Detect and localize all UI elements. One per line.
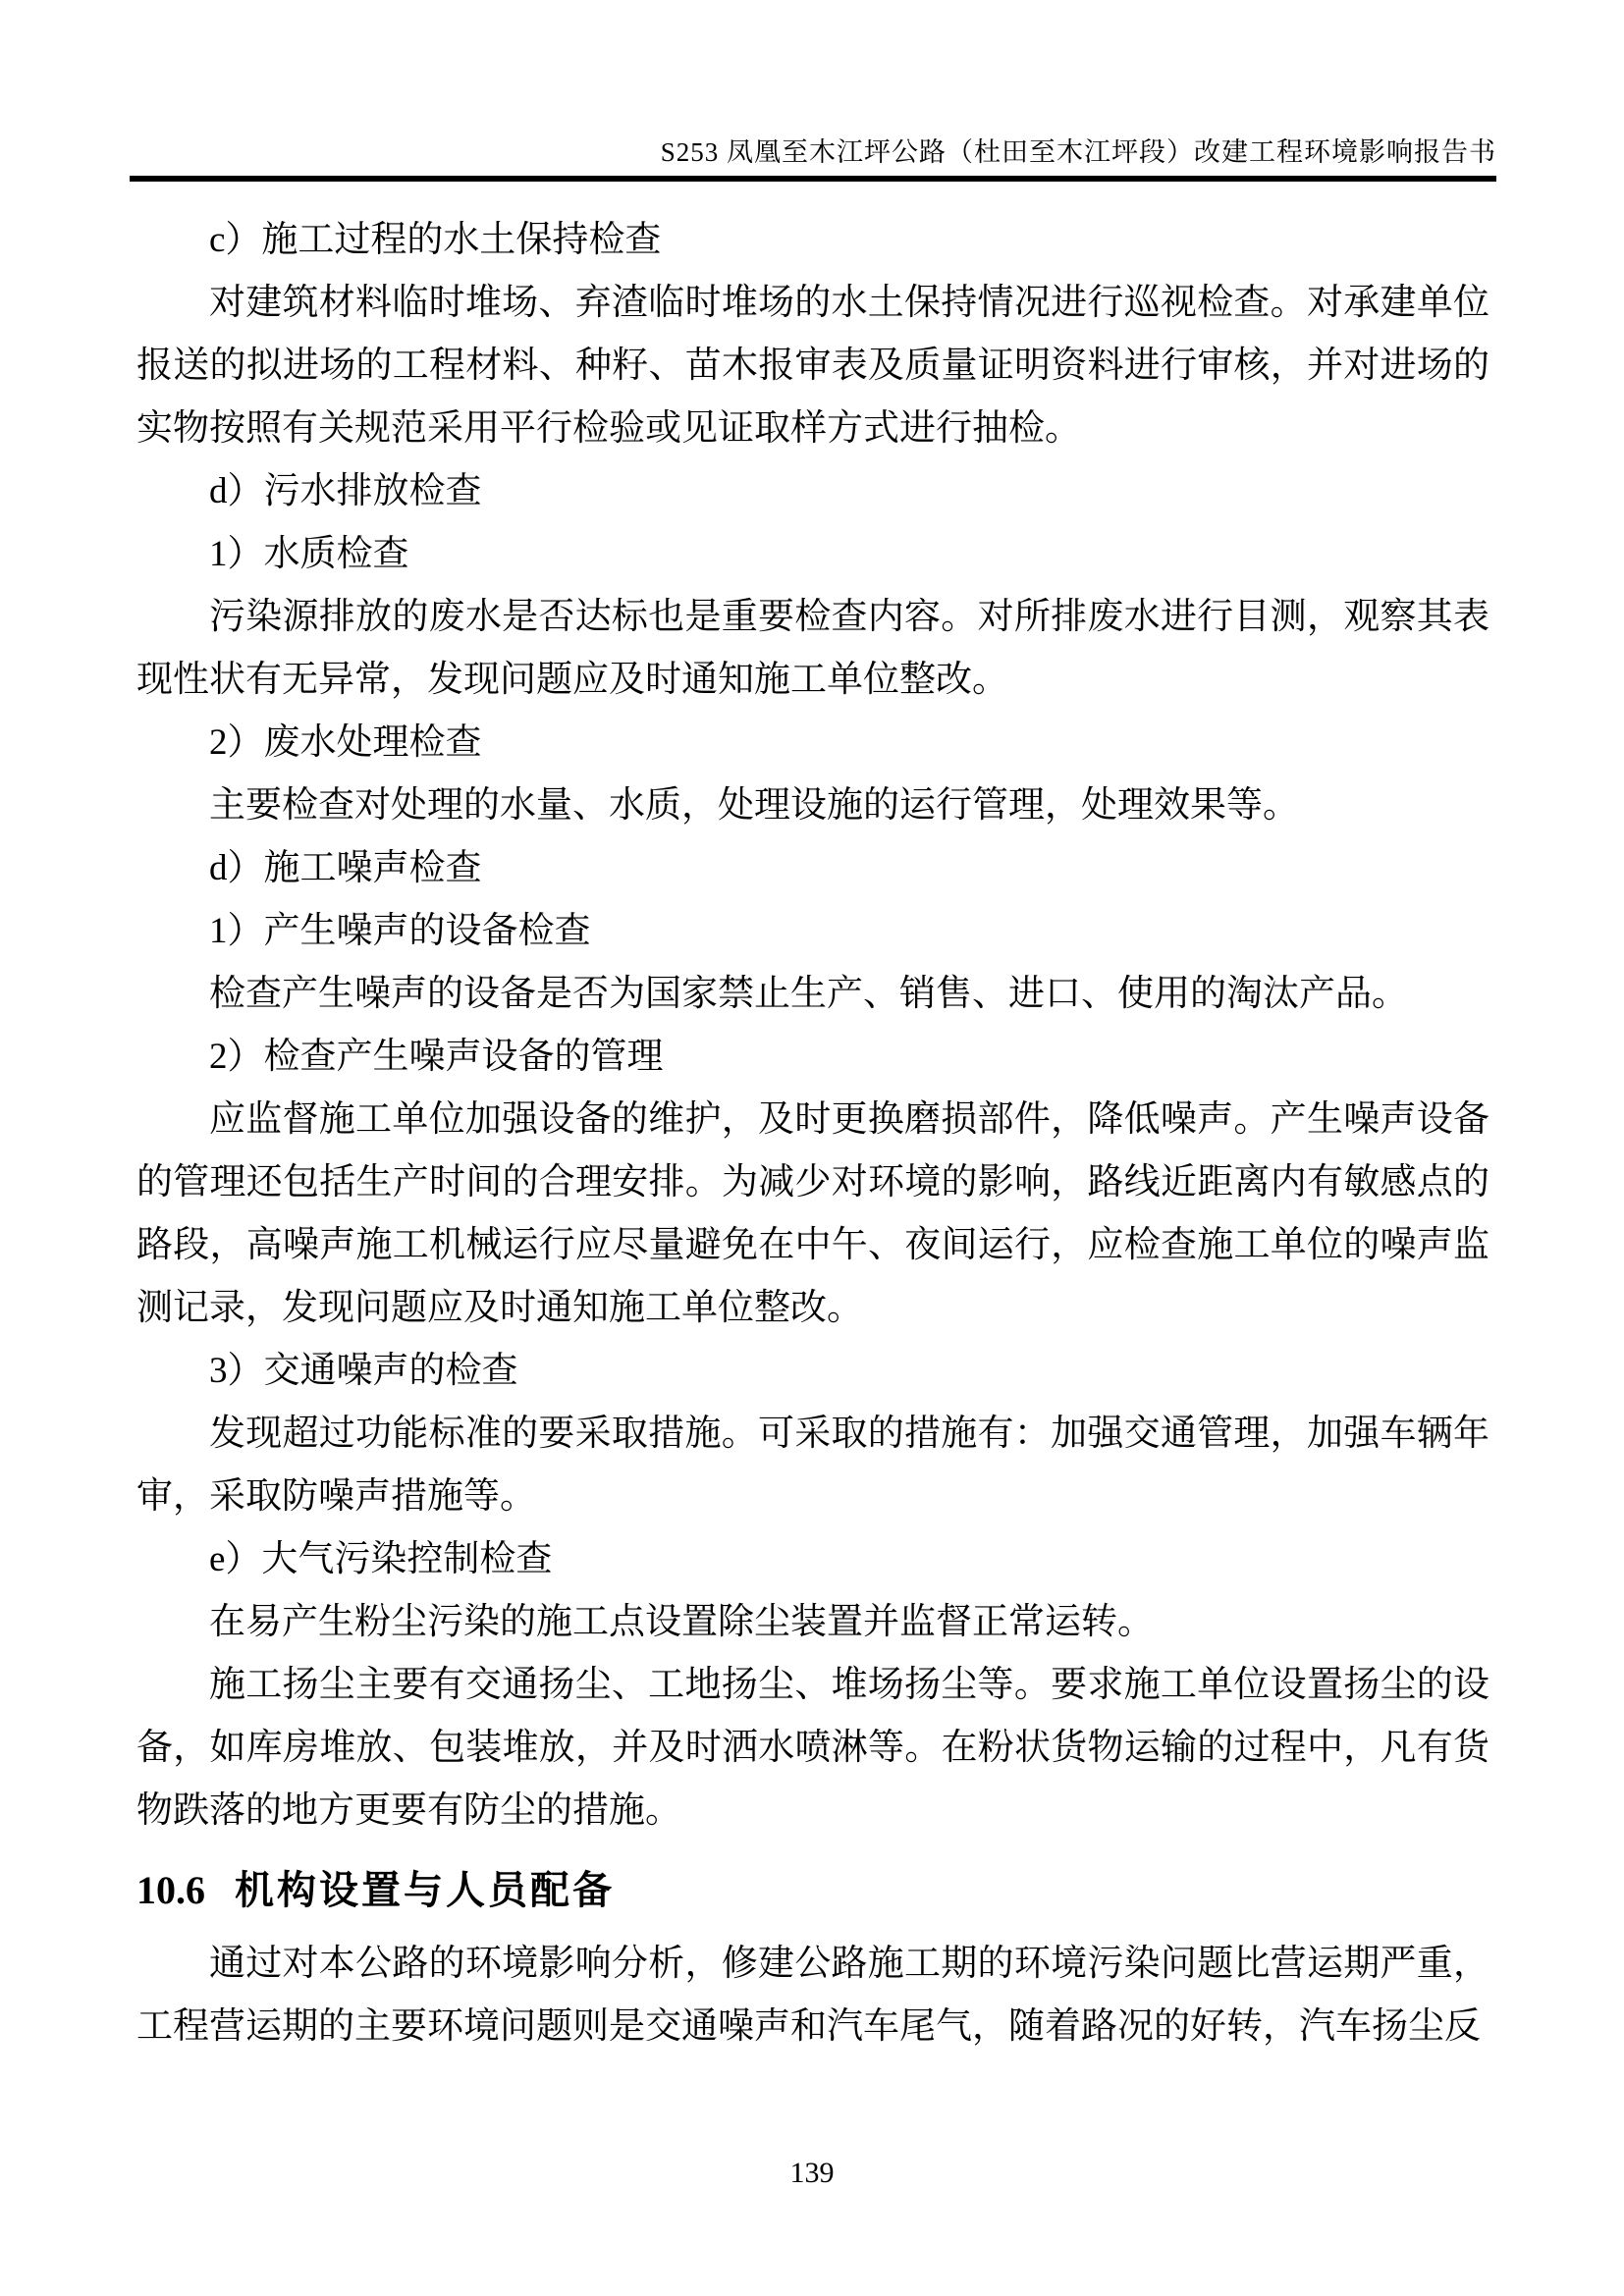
sub-heading: 2）检查产生噪声设备的管理	[136, 1026, 1489, 1089]
paragraph: 对建筑材料临时堆场、弃渣临时堆场的水土保持情况进行巡视检查。对承建单位报送的拟进…	[136, 272, 1489, 460]
sub-heading: c）施工过程的水土保持检查	[136, 209, 1489, 272]
sub-heading: e）大气污染控制检查	[136, 1528, 1489, 1591]
paragraph: 污染源排放的废水是否达标也是重要检查内容。对所排废水进行目测，观察其表现性状有无…	[136, 586, 1489, 712]
section-title: 机构设置与人员配备	[235, 1869, 615, 1912]
paragraph: 发现超过功能标准的要采取措施。可采取的措施有：加强交通管理，加强车辆年审，采取防…	[136, 1403, 1489, 1528]
document-page: S253 凤凰至木江坪公路（杜田至木江坪段）改建工程环境影响报告书 c）施工过程…	[0, 0, 1624, 2296]
sub-heading: 2）废水处理检查	[136, 712, 1489, 774]
page-number: 139	[790, 2157, 835, 2189]
header-title: S253 凤凰至木江坪公路（杜田至木江坪段）改建工程环境影响报告书	[130, 137, 1496, 167]
paragraph: 检查产生噪声的设备是否为国家禁止生产、销售、进口、使用的淘汰产品。	[136, 963, 1489, 1026]
sub-heading: d）施工噪声检查	[136, 837, 1489, 900]
section-number: 10.6	[136, 1868, 205, 1912]
section-heading: 10.6 机构设置与人员配备	[136, 1856, 1489, 1925]
paragraph: 应监督施工单位加强设备的维护，及时更换磨损部件，降低噪声。产生噪声设备的管理还包…	[136, 1089, 1489, 1340]
sub-heading: 1）产生噪声的设备检查	[136, 900, 1489, 963]
sub-heading: 3）交通噪声的检查	[136, 1340, 1489, 1403]
document-body: c）施工过程的水土保持检查 对建筑材料临时堆场、弃渣临时堆场的水土保持情况进行巡…	[136, 209, 1489, 2058]
paragraph: 施工扬尘主要有交通扬尘、工地扬尘、堆场扬尘等。要求施工单位设置扬尘的设备，如库房…	[136, 1654, 1489, 1842]
paragraph: 在易产生粉尘污染的施工点设置除尘装置并监督正常运转。	[136, 1591, 1489, 1654]
sub-heading: d）污水排放检查	[136, 460, 1489, 523]
page-footer: 139	[0, 2156, 1624, 2191]
paragraph: 主要检查对处理的水量、水质，处理设施的运行管理，处理效果等。	[136, 774, 1489, 837]
header-rule-divider	[130, 176, 1496, 182]
page-header: S253 凤凰至木江坪公路（杜田至木江坪段）改建工程环境影响报告书	[130, 137, 1496, 182]
paragraph: 通过对本公路的环境影响分析，修建公路施工期的环境污染问题比营运期严重，工程营运期…	[136, 1933, 1489, 2058]
sub-heading: 1）水质检查	[136, 523, 1489, 586]
